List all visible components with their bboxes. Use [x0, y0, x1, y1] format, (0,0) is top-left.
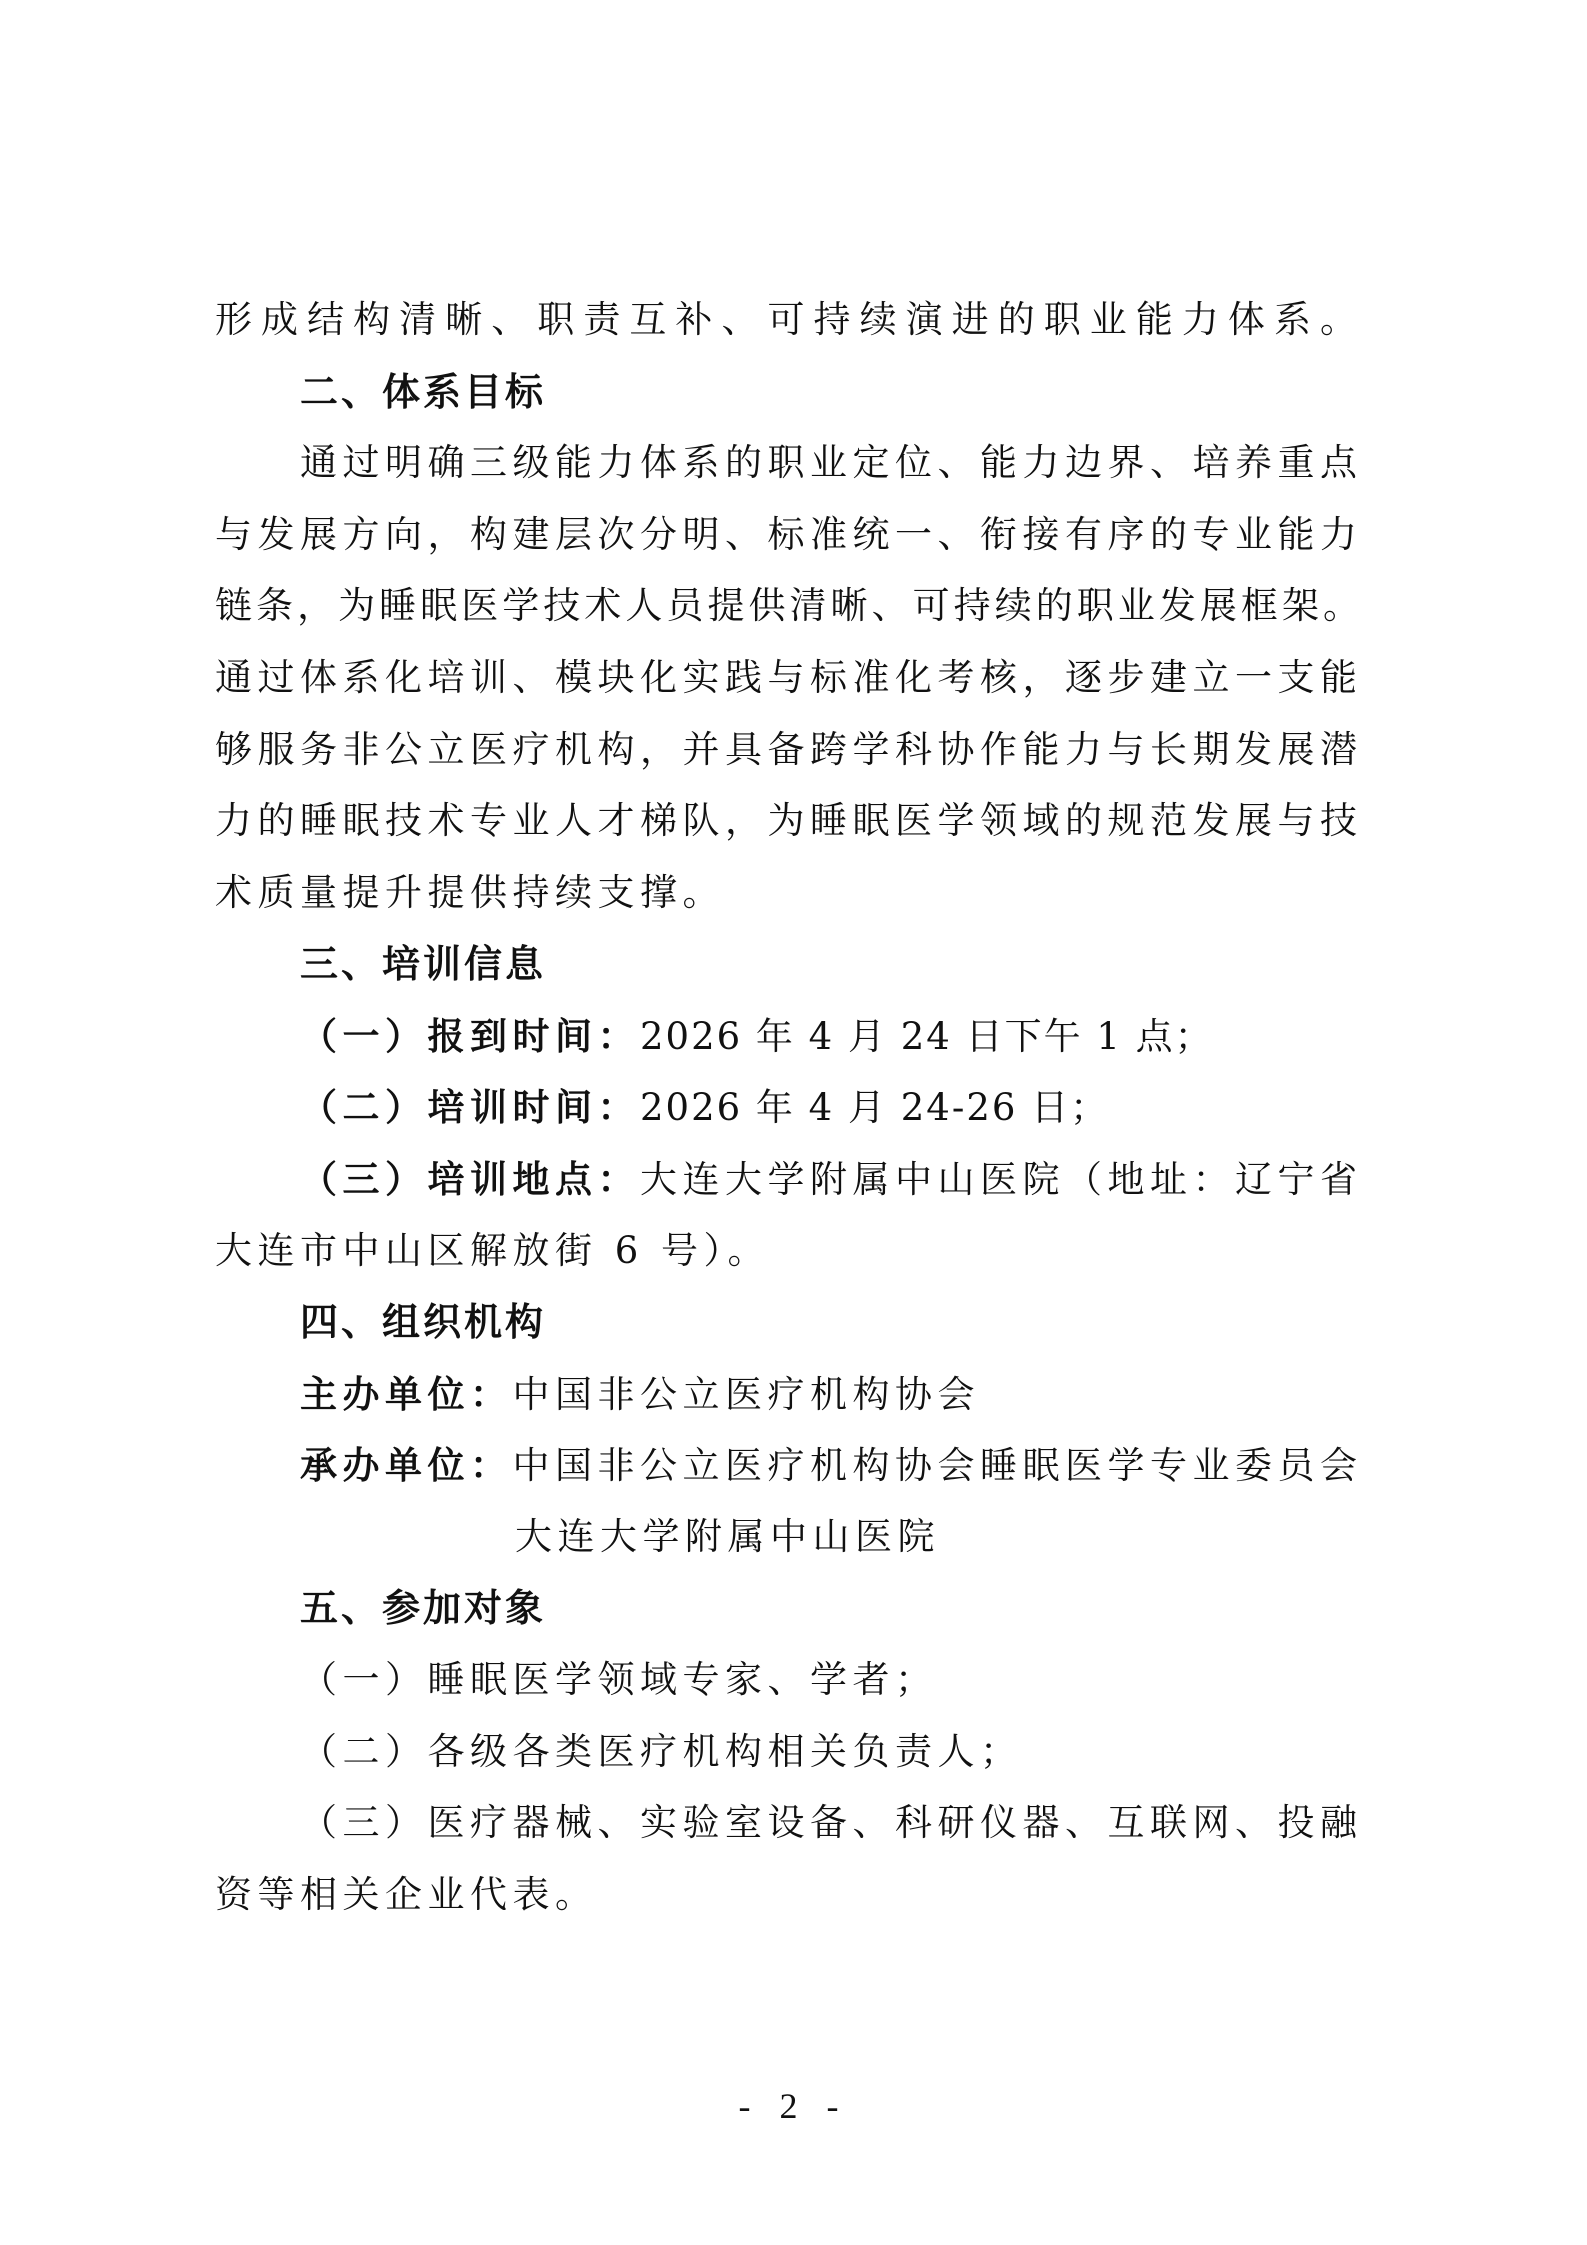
location-label: （三）培训地点： — [300, 1157, 640, 1201]
participants-item-1: （一）睡眠医学领域专家、学者； — [300, 1655, 1360, 1705]
co-organizer-row: 承办单位：中国非公立医疗机构协会睡眠医学专业委员会 — [300, 1440, 1360, 1490]
goals-paragraph-line-2: 与发展方向，构建层次分明、标准统一、衔接有序的专业能力 — [215, 510, 1357, 560]
co-organizer-value-1: 中国非公立医疗机构协会睡眠医学专业委员会 — [513, 1444, 1363, 1487]
organizer-row: 主办单位：中国非公立医疗机构协会 — [300, 1369, 1360, 1419]
co-organizer-label: 承办单位： — [300, 1443, 513, 1487]
training-info-item-location: （三）培训地点：大连大学附属中山医院（地址：辽宁省 — [300, 1154, 1360, 1204]
goals-paragraph-line-5: 够服务非公立医疗机构，并具备跨学科协作能力与长期发展潜 — [215, 725, 1357, 775]
organizer-value: 中国非公立医疗机构协会 — [513, 1373, 981, 1416]
checkin-value: 2026 年 4 月 24 日下午 1 点； — [640, 1015, 1214, 1058]
location-continuation: 大连市中山区解放街 6 号）。 — [215, 1226, 1360, 1276]
dates-value: 2026 年 4 月 24-26 日； — [640, 1086, 1109, 1129]
training-info-item-checkin: （一）报到时间：2026 年 4 月 24 日下午 1 点； — [300, 1011, 1360, 1061]
checkin-label: （一）报到时间： — [300, 1014, 640, 1058]
participants-item-3-continuation: 资等相关企业代表。 — [215, 1870, 1360, 1920]
participants-item-2: （二）各级各类医疗机构相关负责人； — [300, 1727, 1360, 1777]
intro-tail-line: 形成结构清晰、职责互补、可持续演进的职业能力体系。 — [215, 295, 1357, 345]
page-number: - 2 - — [0, 2085, 1587, 2127]
goals-paragraph-line-1: 通过明确三级能力体系的职业定位、能力边界、培养重点 — [300, 438, 1357, 488]
section-heading-participants: 五、参加对象 — [300, 1583, 1445, 1633]
training-info-item-dates: （二）培训时间：2026 年 4 月 24-26 日； — [300, 1082, 1360, 1132]
goals-paragraph-line-6: 力的睡眠技术专业人才梯队，为睡眠医学领域的规范发展与技 — [215, 796, 1357, 846]
dates-label: （二）培训时间： — [300, 1085, 640, 1129]
organizer-label: 主办单位： — [300, 1372, 513, 1416]
goals-paragraph-line-7: 术质量提升提供持续支撑。 — [215, 868, 1360, 918]
participants-item-3: （三）医疗器械、实验室设备、科研仪器、互联网、投融 — [300, 1798, 1357, 1848]
co-organizer-value-2: 大连大学附属中山医院 — [515, 1512, 1360, 1562]
goals-paragraph-line-4: 通过体系化培训、模块化实践与标准化考核，逐步建立一支能 — [215, 653, 1357, 703]
section-heading-training-info: 三、培训信息 — [300, 939, 1445, 989]
section-heading-goals: 二、体系目标 — [300, 367, 1445, 417]
section-heading-organization: 四、组织机构 — [300, 1297, 1445, 1347]
document-page: 形成结构清晰、职责互补、可持续演进的职业能力体系。 二、体系目标 通过明确三级能… — [0, 0, 1587, 2245]
goals-paragraph-line-3: 链条，为睡眠医学技术人员提供清晰、可持续的职业发展框架。 — [215, 581, 1360, 631]
location-value: 大连大学附属中山医院（地址：辽宁省 — [640, 1158, 1363, 1201]
